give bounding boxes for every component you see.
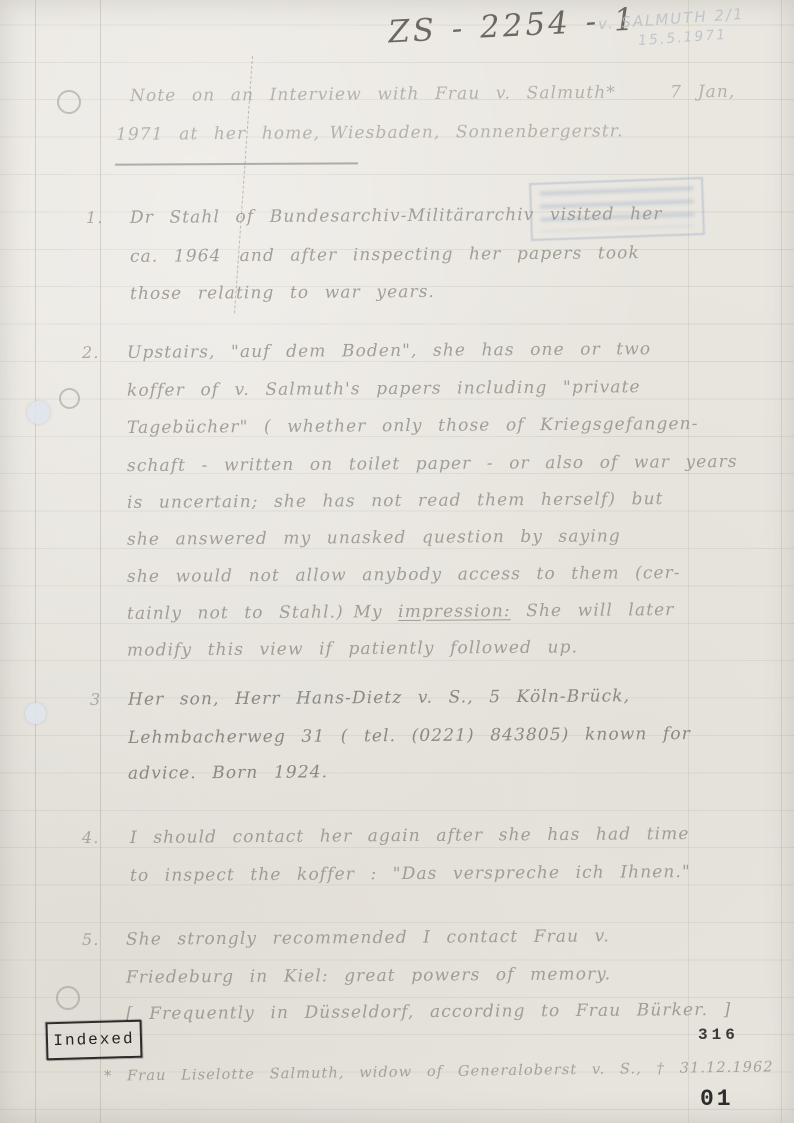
punch-hole [57,90,81,114]
paragraph-1-line: ca. 1964 and after inspecting her papers… [130,243,640,267]
punch-hole-reinforcement [25,703,46,724]
paragraph-1-line: Dr Stahl of Bundesarchiv-Militärarchiv v… [130,204,663,228]
paragraph-3-line: Her son, Herr Hans-Dietz v. S., 5 Köln-B… [128,686,630,710]
paragraph-2-number: 2. [82,343,100,362]
heading-line-1: Note on an Interview with Frau v. Salmut… [130,82,736,106]
punch-hole [59,388,80,409]
indexed-stamp-label: Indexed [53,1030,135,1050]
scanned-document-page: ZS - 2254 - 1 v. SALMUTH 2/1 15.5.1971 N… [0,0,794,1123]
line-text: tainly not to Stahl.) My [127,602,398,624]
paragraph-3-number: 3 [90,690,101,709]
left-margin-line [35,0,36,1123]
paragraph-2-line: she answered my unasked question by sayi… [127,526,621,549]
footnote: * Frau Liselotte Salmuth, widow of Gener… [104,1059,774,1084]
indexed-stamp: Indexed [45,1020,142,1061]
paragraph-1-line: those relating to war years. [130,282,435,304]
heading-line-2: 1971 at her home, Wiesbaden, Sonnenberge… [116,121,624,145]
paragraph-3-line: Lehmbacherweg 31 ( tel. (0221) 843805) k… [128,724,691,748]
paragraph-2-line: Tagebücher" ( whether only those of Krie… [127,414,699,438]
page-number: 316 [698,1026,739,1044]
paragraph-5-number: 5. [82,930,100,949]
paragraph-4-line: I should contact her again after she has… [130,824,690,848]
punch-hole-reinforcement [27,401,50,424]
paragraph-2-line: she would not allow anybody access to th… [127,563,681,587]
paragraph-5-line: Friedeburg in Kiel: great powers of memo… [126,964,611,987]
paragraph-4-line: to inspect the koffer : "Das verspreche … [130,862,691,886]
paragraph-2-line: koffer of v. Salmuth's papers including … [127,377,641,401]
heading-underline [115,162,358,165]
paragraph-2-line: modify this view if patiently followed u… [127,637,578,660]
underlined-word: impression: [398,601,511,622]
paragraph-5-line: [ Frequently in Düsseldorf, according to… [126,1000,731,1024]
paragraph-2-line: Upstairs, "auf dem Boden", she has one o… [127,339,651,363]
paragraph-1-number: 1. [86,208,104,227]
paragraph-4-number: 4. [82,828,100,847]
right-column-line [688,0,689,1123]
sheet-number: 01 [700,1086,734,1112]
corner-annotation-date: 15.5.1971 [638,27,728,49]
paragraph-2-line: is uncertain; she has not read them hers… [127,489,664,513]
line-text: She will later [511,600,675,621]
paragraph-3-line: advice. Born 1924. [128,762,328,783]
paragraph-5-line: She strongly recommended I contact Frau … [126,926,610,949]
paragraph-2-line-with-underline: tainly not to Stahl.) My impression: She… [127,600,675,624]
right-margin-line [781,0,782,1123]
paragraph-2-line: schaft - written on toilet paper - or al… [127,452,738,476]
punch-hole [56,986,80,1010]
inner-margin-line [100,0,101,1123]
